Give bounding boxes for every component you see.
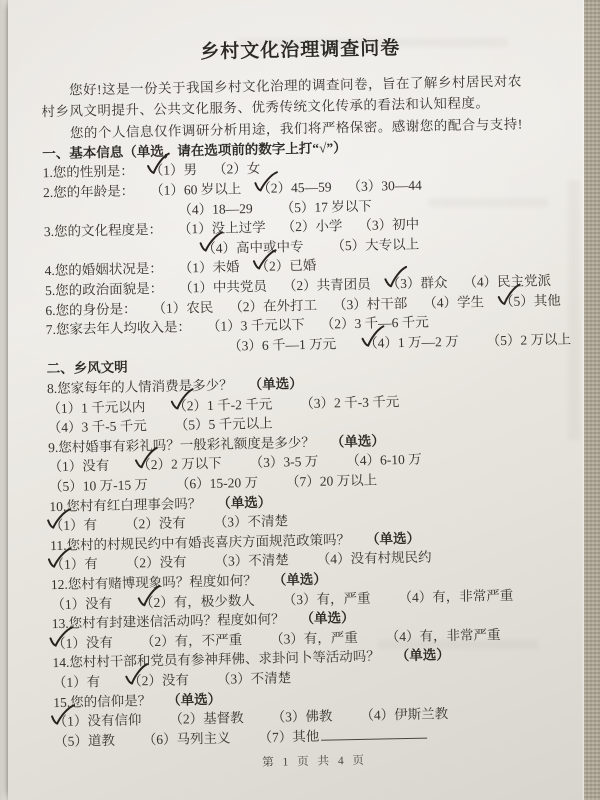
checked-option: （1）有 xyxy=(50,515,98,536)
text: （4）3 千-5 千元 xyxy=(48,418,147,435)
checked-option: （2）2 万以下 xyxy=(137,454,222,475)
checked-option: （2）已婚 xyxy=(255,256,316,277)
text: （4）伊斯兰教 xyxy=(360,706,448,723)
option-text: （2）女 xyxy=(213,159,261,180)
text: 乡村文化治理调查问卷 xyxy=(200,38,400,63)
text: 1.您的性别是： xyxy=(43,164,134,181)
text: （2）没有 xyxy=(125,516,186,532)
text: （4）学生 xyxy=(423,294,484,310)
text: （2）已婚 xyxy=(255,258,316,274)
text: （1）有 xyxy=(50,557,98,573)
text: （5）道教 xyxy=(54,733,115,749)
text: （2）没有 xyxy=(126,555,187,571)
text: （5）大专以上 xyxy=(331,237,419,254)
text: （3）初中 xyxy=(358,217,419,233)
text: （2）3 千—6 千元 xyxy=(321,315,429,332)
text: （3）不清楚 xyxy=(214,553,289,569)
text: （2）2 万以下 xyxy=(137,456,222,473)
option-text: （2）没有 xyxy=(126,553,187,574)
text: （4）有，非常严重 xyxy=(386,627,501,644)
text: （3）不清楚 xyxy=(217,670,292,686)
option-text: （6）马列主义 xyxy=(143,728,231,749)
option-text: （4）伊斯兰教 xyxy=(360,704,448,725)
questionnaire-photo: 乡村文化治理调查问卷您好!这是一份关于我国乡村文化治理的调查问卷，旨在了解乡村居… xyxy=(0,0,600,800)
text: （1）60 岁以上 xyxy=(150,181,241,198)
text: （5）其他 xyxy=(500,292,561,308)
option-text: （3）不清楚 xyxy=(214,512,289,533)
option-text: （3）3-5 万 xyxy=(249,452,318,473)
text-segment: 3.您的文化程度是： xyxy=(44,220,162,242)
text: （4）6-10 万 xyxy=(346,452,422,469)
text: （5）5 千元以上 xyxy=(175,416,273,433)
text: 8.您家每年的人情消费是多少？ xyxy=(47,377,233,396)
emphasis-text: （单选） xyxy=(300,608,354,629)
text-segment: 5.您的政治面貌是： xyxy=(45,279,163,301)
text: （5）17 岁以下 xyxy=(281,198,372,215)
text: 9.您村婚事有彩礼吗？一般彩礼额度是多少？ xyxy=(48,435,315,455)
text: （4）没有村规民约 xyxy=(317,550,432,567)
option-text: （4）有，非常严重 xyxy=(386,625,501,647)
text-segment: 15.您的信仰是？ xyxy=(53,691,151,713)
checked-option: （1）有 xyxy=(50,555,98,576)
emphasis-text: （单选） xyxy=(217,492,271,513)
text: （单选） xyxy=(396,647,450,663)
text: （单选） xyxy=(248,376,302,392)
text: （2）没有 xyxy=(128,672,189,688)
checked-option: （2）有，极少数人 xyxy=(140,591,255,613)
option-text: （1）60 岁以上 xyxy=(150,179,241,200)
option-text: （5）道教 xyxy=(54,731,115,752)
text: （2）小学 xyxy=(282,218,343,234)
text: （1）1 千元以内 xyxy=(47,399,145,416)
text: （2）1 千-2 千元 xyxy=(173,396,272,413)
text: （1）没有信仰 xyxy=(54,712,142,729)
text: 10.您村有红白理事会吗？ xyxy=(49,496,201,514)
text: （单选） xyxy=(300,610,354,626)
option-text: （1）没有 xyxy=(51,593,112,614)
option-text: （1）3 千元以下 xyxy=(207,315,305,337)
text: （2）45—59 xyxy=(257,179,332,195)
option-text: （5）17 岁以下 xyxy=(280,196,371,217)
text: 7.您家去年人均收入是： xyxy=(46,319,191,337)
checked-option: （2）1 千-2 千元 xyxy=(173,394,272,416)
text: （1）没有 xyxy=(48,458,109,474)
text-segment: 6.您的身份是： xyxy=(45,299,136,320)
text: （1）有 xyxy=(50,517,98,533)
option-text: （1）未婚 xyxy=(179,258,240,279)
option-text: （3）2 千-3 千元 xyxy=(300,392,399,414)
text: 12.您村有赌博现象吗？程度如何？ xyxy=(51,573,257,592)
text: 15.您的信仰是？ xyxy=(53,693,151,710)
text: （3）有，严重 xyxy=(283,590,371,607)
option-text: （2）3 千—6 千元 xyxy=(321,313,429,335)
text: （单选） xyxy=(331,433,385,449)
text: （6）马列主义 xyxy=(143,730,231,747)
text: 5.您的政治面貌是： xyxy=(45,281,163,298)
paper-content: 乡村文化治理调查问卷您好!这是一份关于我国乡村文化治理的调查问卷，旨在了解乡村居… xyxy=(40,31,575,779)
text: （5）2 万以上 xyxy=(487,331,572,348)
option-text: （5）大专以上 xyxy=(331,235,419,256)
fill-in-blank-line xyxy=(321,735,427,740)
text: （单选） xyxy=(217,494,271,510)
text: （2）女 xyxy=(213,161,261,177)
option-text: （5）5 千元以上 xyxy=(175,414,273,436)
option-text: （3）佛教 xyxy=(271,707,332,728)
text: （6）15-20 万 xyxy=(176,475,258,492)
text: （2）有，不严重 xyxy=(141,632,243,649)
emphasis-text: （单选） xyxy=(273,570,327,591)
emphasis-text: （单选） xyxy=(248,374,302,395)
text: （单选） xyxy=(167,691,221,707)
text: （3）佛教 xyxy=(272,709,333,725)
option-text: （2）小学 xyxy=(282,216,343,237)
text-segment: 7.您家去年人均收入是： xyxy=(46,317,191,340)
text: （4）有，非常严重 xyxy=(398,587,513,604)
option-text: （4）有，非常严重 xyxy=(398,585,513,607)
option-text: （3）有，严重 xyxy=(283,588,371,609)
text-segment: 乡村文化治理调查问卷 xyxy=(200,34,401,68)
option-text: （5）10 万-15 万 xyxy=(49,475,148,497)
checked-option: （1）没有 xyxy=(52,633,113,654)
bleed-through-ghost xyxy=(568,180,580,440)
text: 2.您的年龄是： xyxy=(43,183,134,200)
text: （2）有，极少数人 xyxy=(140,593,255,610)
text: （1）没有 xyxy=(52,635,113,651)
option-text: （2）有，不严重 xyxy=(141,630,243,652)
option-text: （3）不清楚 xyxy=(214,551,289,572)
emphasis-text: （单选） xyxy=(167,689,221,710)
text: （3）群众 xyxy=(386,275,447,291)
option-text: （3）有，严重 xyxy=(270,628,358,649)
text-segment: 1.您的性别是： xyxy=(43,162,134,183)
option-text: （4）民主党派 xyxy=(463,271,551,292)
option-text: （3）村干部 xyxy=(333,294,408,315)
option-text: （2）基督教 xyxy=(169,708,244,729)
text: （3）30—44 xyxy=(347,178,422,194)
text: （3）村干部 xyxy=(333,296,408,312)
text: 一、基本信息（单选，请在选项前的数字上打“√”） xyxy=(42,140,347,161)
text: （7）其他 xyxy=(258,728,319,744)
option-text: （3）6 千—1 万元 xyxy=(228,334,336,356)
text: （4）1 万—2 万 xyxy=(364,334,459,351)
option-text: （4）6-10 万 xyxy=(346,450,422,471)
option-text: （1）中共党员 xyxy=(179,277,267,298)
text: （3）不清楚 xyxy=(214,514,289,530)
text-segment: 4.您的婚姻状况是： xyxy=(44,259,162,281)
checked-option: （5）其他 xyxy=(500,290,561,311)
text: 二、乡风文明 xyxy=(46,360,127,377)
text: （3）有，严重 xyxy=(270,630,358,647)
checked-option: （3）群众 xyxy=(386,273,447,294)
text: 第 1 页 共 4 页 xyxy=(262,755,367,769)
text: （单选） xyxy=(366,530,420,546)
checked-option: （1）男 xyxy=(150,161,198,182)
option-text: （4）3 千-5 千元 xyxy=(48,416,147,438)
option-text: （5）2 万以上 xyxy=(486,329,571,350)
text: （4）高中或中专 xyxy=(202,239,304,256)
text: （1）中共党员 xyxy=(179,279,267,296)
option-text: （3）30—44 xyxy=(347,176,422,197)
emphasis-text: （单选） xyxy=(331,431,385,452)
text: （单选） xyxy=(273,572,327,588)
text: 13.您村有封建迷信活动吗？程度如何？ xyxy=(52,612,285,632)
text: （1）没上过学 xyxy=(178,220,266,237)
option-text: （4）18—29 xyxy=(178,199,253,220)
emphasis-text: 二、乡风文明 xyxy=(46,358,127,379)
text-segment: 第 1 页 共 4 页 xyxy=(262,750,367,774)
text: 6.您的身份是： xyxy=(45,301,136,318)
option-text: （1）没上过学 xyxy=(178,218,266,239)
option-text: （4）没有村规民约 xyxy=(317,548,432,570)
option-text: （2）没有 xyxy=(125,514,186,535)
text: （3）3-5 万 xyxy=(250,454,319,470)
checked-option: （2）45—59 xyxy=(257,177,332,198)
text: （2）共青团员 xyxy=(283,277,371,294)
text: （3）2 千-3 千元 xyxy=(300,394,399,411)
text: 4.您的婚姻状况是： xyxy=(45,261,163,278)
text: （1）男 xyxy=(150,163,198,179)
option-text: （3）不清楚 xyxy=(217,668,292,689)
option-text: （1）农民 xyxy=(152,297,213,318)
option-text: （4）学生 xyxy=(423,292,484,313)
text: 3.您的文化程度是： xyxy=(44,222,162,239)
text: （4）民主党派 xyxy=(463,273,551,290)
text: （3）6 千—1 万元 xyxy=(228,336,336,353)
option-text: （6）15-20 万 xyxy=(176,473,259,494)
text: （2）基督教 xyxy=(169,710,244,726)
text-segment: 2.您的年龄是： xyxy=(43,181,134,202)
text: （1）农民 xyxy=(152,299,213,315)
text: （1）有 xyxy=(53,674,101,690)
checked-option: （4）1 万—2 万 xyxy=(364,332,459,353)
option-text: （1）没有 xyxy=(48,456,109,477)
checked-option: （1）没有信仰 xyxy=(54,710,142,731)
text: （4）18—29 xyxy=(178,201,253,217)
text: 14.您村村干部和党员有参神拜佛、求卦问卜等活动吗？ xyxy=(52,649,380,671)
text: （1）未婚 xyxy=(179,260,240,276)
option-text: （7）其他 xyxy=(258,724,427,747)
checked-option: （4）高中或中专 xyxy=(202,237,304,259)
desk-background xyxy=(584,0,600,800)
option-text: （1）有 xyxy=(53,672,101,693)
emphasis-text: （单选） xyxy=(396,645,450,666)
text: 11.您村的村规民约中有婚丧喜庆方面规范政策吗？ xyxy=(50,532,350,553)
option-text: （2）共青团员 xyxy=(283,275,371,296)
checked-option: （2）没有 xyxy=(128,670,189,691)
emphasis-text: （单选） xyxy=(366,528,420,549)
text: （2）在外打工 xyxy=(229,297,317,314)
option-text: （7）20 万以上 xyxy=(286,471,377,492)
option-text: （3）初中 xyxy=(358,215,419,236)
option-text: （2）在外打工 xyxy=(229,295,317,316)
text: （1）3 千元以下 xyxy=(207,317,305,334)
text: （5）10 万-15 万 xyxy=(49,477,148,494)
text: （7）20 万以上 xyxy=(286,473,377,490)
option-text: （1）1 千元以内 xyxy=(47,397,145,419)
text: （1）没有 xyxy=(51,595,112,611)
